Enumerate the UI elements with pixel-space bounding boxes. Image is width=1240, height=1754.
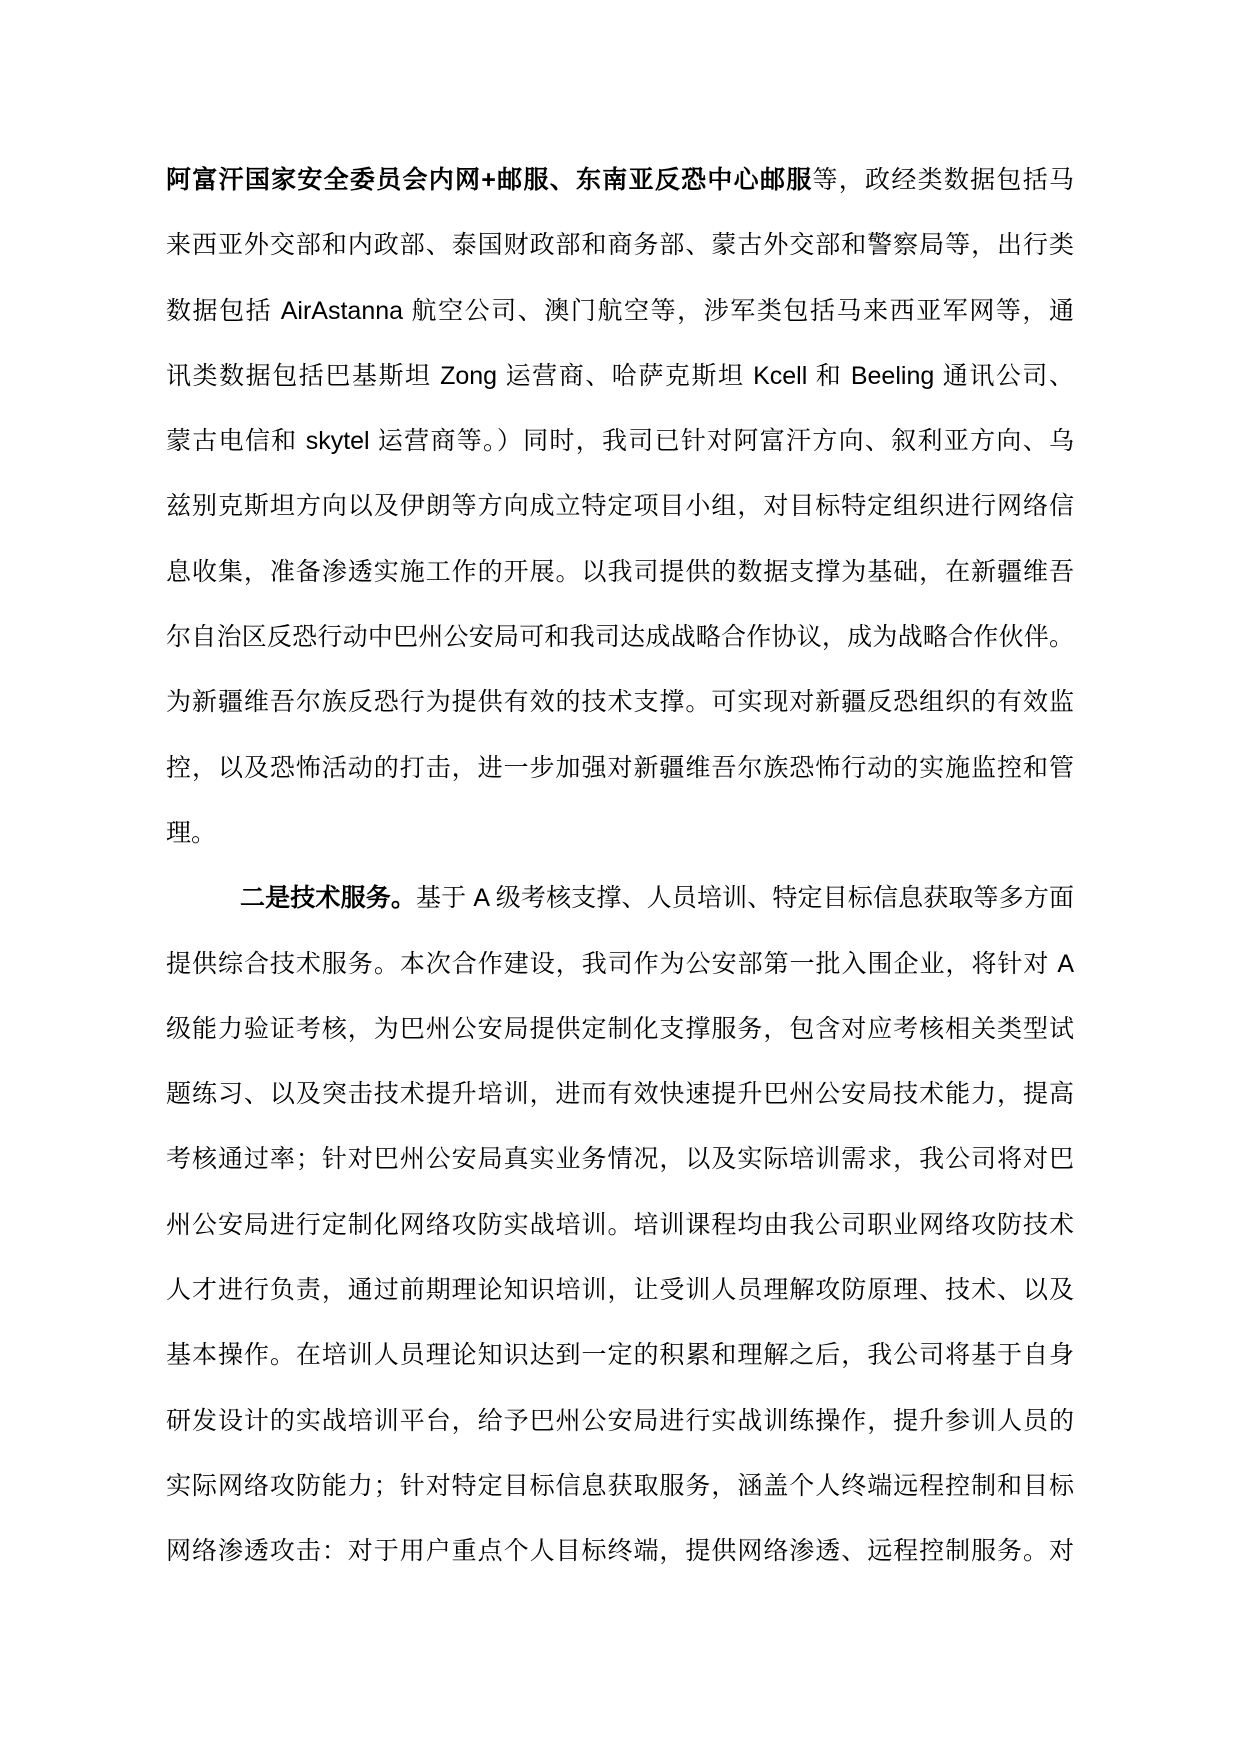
text-line: 网络渗透攻击：对于用户重点个人目标终端，提供网络渗透、远程控制服务。对 <box>166 1519 1074 1584</box>
text-run: 研发设计的实战培训平台，给予巴州公安局进行实战训练操作，提升参训人员的 <box>166 1407 1074 1435</box>
text-run: 实际网络攻防能力；针对特定目标信息获取服务，涵盖个人终端远程控制和目标 <box>166 1472 1074 1500</box>
text-run: 为新疆维吾尔族反恐行为提供有效的技术支撑。可实现对新疆反恐组织的有效监 <box>166 688 1074 716</box>
text-run: 题练习、以及突击技术提升培训，进而有效快速提升巴州公安局技术能力，提高 <box>166 1080 1074 1108</box>
text-run: 基本操作。在培训人员理论知识达到一定的积累和理解之后，我公司将基于自身 <box>166 1341 1074 1369</box>
text-run: 数据包括 AirAstanna 航空公司、澳门航空等，涉军类包括马来西亚军网等，… <box>166 297 1074 325</box>
text-line: 息收集，准备渗透实施工作的开展。以我司提供的数据支撑为基础，在新疆维吾 <box>166 540 1074 605</box>
text-line: 州公安局进行定制化网络攻防实战培训。培训课程均由我公司职业网络攻防技术 <box>166 1193 1074 1258</box>
text-line: 理。 <box>166 801 1074 866</box>
document-body: 阿富汗国家安全委员会内网+邮服、东南亚反恐中心邮服等，政经类数据包括马来西亚外交… <box>166 148 1074 1585</box>
text-run: 级能力验证考核，为巴州公安局提供定制化支撑服务，包含对应考核相关类型试 <box>166 1015 1074 1043</box>
text-line: 实际网络攻防能力；针对特定目标信息获取服务，涵盖个人终端远程控制和目标 <box>166 1454 1074 1519</box>
text-run: 基于 A 级考核支撑、人员培训、特定目标信息获取等多方面 <box>416 884 1074 912</box>
paragraph-1: 阿富汗国家安全委员会内网+邮服、东南亚反恐中心邮服等，政经类数据包括马来西亚外交… <box>166 148 1074 866</box>
text-line: 考核通过率；针对巴州公安局真实业务情况，以及实际培训需求，我公司将对巴 <box>166 1127 1074 1192</box>
text-line: 基本操作。在培训人员理论知识达到一定的积累和理解之后，我公司将基于自身 <box>166 1323 1074 1388</box>
text-line: 级能力验证考核，为巴州公安局提供定制化支撑服务，包含对应考核相关类型试 <box>166 997 1074 1062</box>
document-page: 阿富汗国家安全委员会内网+邮服、东南亚反恐中心邮服等，政经类数据包括马来西亚外交… <box>0 0 1240 1754</box>
text-line: 人才进行负责，通过前期理论知识培训，让受训人员理解攻防原理、技术、以及 <box>166 1258 1074 1323</box>
text-run: 息收集，准备渗透实施工作的开展。以我司提供的数据支撑为基础，在新疆维吾 <box>166 558 1074 586</box>
text-run: 兹别克斯坦方向以及伊朗等方向成立特定项目小组，对目标特定组织进行网络信 <box>166 492 1074 520</box>
text-line: 题练习、以及突击技术提升培训，进而有效快速提升巴州公安局技术能力，提高 <box>166 1062 1074 1127</box>
text-run: 蒙古电信和 skytel 运营商等。）同时，我司已针对阿富汗方向、叙利亚方向、乌 <box>166 427 1074 455</box>
text-line: 阿富汗国家安全委员会内网+邮服、东南亚反恐中心邮服等，政经类数据包括马 <box>166 148 1074 213</box>
text-run: 来西亚外交部和内政部、泰国财政部和商务部、蒙古外交部和警察局等，出行类 <box>166 231 1074 259</box>
text-line: 数据包括 AirAstanna 航空公司、澳门航空等，涉军类包括马来西亚军网等，… <box>166 279 1074 344</box>
text-line: 兹别克斯坦方向以及伊朗等方向成立特定项目小组，对目标特定组织进行网络信 <box>166 474 1074 539</box>
text-line: 二是技术服务。基于 A 级考核支撑、人员培训、特定目标信息获取等多方面 <box>166 866 1074 931</box>
text-line: 控，以及恐怖活动的打击，进一步加强对新疆维吾尔族恐怖行动的实施监控和管 <box>166 736 1074 801</box>
text-line: 尔自治区反恐行动中巴州公安局可和我司达成战略合作协议，成为战略合作伙伴。 <box>166 605 1074 670</box>
text-line: 研发设计的实战培训平台，给予巴州公安局进行实战训练操作，提升参训人员的 <box>166 1389 1074 1454</box>
text-run: 讯类数据包括巴基斯坦 Zong 运营商、哈萨克斯坦 Kcell 和 Beelin… <box>166 362 1074 390</box>
text-line: 来西亚外交部和内政部、泰国财政部和商务部、蒙古外交部和警察局等，出行类 <box>166 213 1074 278</box>
text-line: 提供综合技术服务。本次合作建设，我司作为公安部第一批入围企业，将针对 A <box>166 932 1074 997</box>
text-run-bold: 二是技术服务。 <box>240 884 416 912</box>
text-run: 尔自治区反恐行动中巴州公安局可和我司达成战略合作协议，成为战略合作伙伴。 <box>166 623 1074 651</box>
text-line: 为新疆维吾尔族反恐行为提供有效的技术支撑。可实现对新疆反恐组织的有效监 <box>166 670 1074 735</box>
text-run: 提供综合技术服务。本次合作建设，我司作为公安部第一批入围企业，将针对 A <box>166 950 1074 978</box>
text-run: 州公安局进行定制化网络攻防实战培训。培训课程均由我公司职业网络攻防技术 <box>166 1211 1074 1239</box>
text-run: 理。 <box>166 819 216 847</box>
text-run: 人才进行负责，通过前期理论知识培训，让受训人员理解攻防原理、技术、以及 <box>166 1276 1074 1304</box>
paragraph-2: 二是技术服务。基于 A 级考核支撑、人员培训、特定目标信息获取等多方面提供综合技… <box>166 866 1074 1584</box>
text-line: 讯类数据包括巴基斯坦 Zong 运营商、哈萨克斯坦 Kcell 和 Beelin… <box>166 344 1074 409</box>
text-run: 控，以及恐怖活动的打击，进一步加强对新疆维吾尔族恐怖行动的实施监控和管 <box>166 754 1074 782</box>
text-run: 考核通过率；针对巴州公安局真实业务情况，以及实际培训需求，我公司将对巴 <box>166 1145 1074 1173</box>
text-run: 网络渗透攻击：对于用户重点个人目标终端，提供网络渗透、远程控制服务。对 <box>166 1537 1074 1565</box>
text-run: 等，政经类数据包括马 <box>813 166 1074 194</box>
text-line: 蒙古电信和 skytel 运营商等。）同时，我司已针对阿富汗方向、叙利亚方向、乌 <box>166 409 1074 474</box>
text-run-bold: 阿富汗国家安全委员会内网+邮服、东南亚反恐中心邮服 <box>166 166 813 194</box>
